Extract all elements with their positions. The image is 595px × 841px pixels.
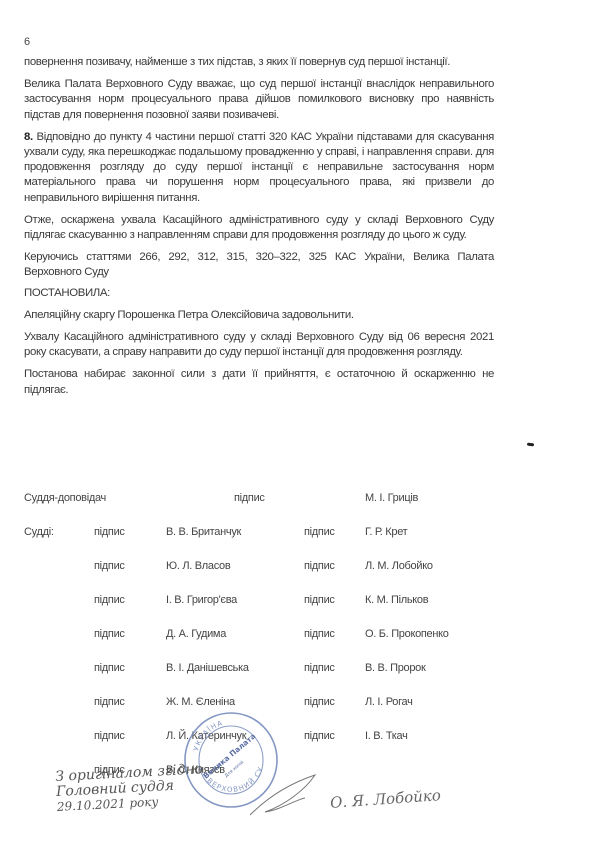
pen-mark bbox=[527, 443, 534, 447]
svg-text:УКРАЇНА: УКРАЇНА bbox=[192, 719, 224, 752]
paragraph-return-grounds: повернення позивачу, найменше з тих підс… bbox=[24, 55, 494, 70]
reporter-role: Суддя-доповідач bbox=[24, 492, 106, 504]
judge-name: Л. І. Рогач bbox=[365, 696, 413, 708]
paragraph-final-effect: Постанова набирає законної сили з дати ї… bbox=[24, 367, 494, 397]
judge-name: Ж. М. Єленіна bbox=[166, 696, 235, 708]
paragraph-8: 8. Відповідно до пункту 4 частини першої… bbox=[24, 130, 494, 206]
stamp-top-text: УКРАЇНА bbox=[192, 719, 224, 752]
judge-name: В. І. Данішевська bbox=[166, 662, 249, 674]
signature-mark: підпис bbox=[304, 594, 335, 606]
judges-label: Судді: bbox=[24, 526, 54, 538]
signature-mark: підпис bbox=[304, 730, 335, 742]
judge-name: В. В. Британчук bbox=[166, 526, 241, 538]
judge-name: Л. М. Лобойко bbox=[365, 560, 433, 572]
paragraph-legal-basis: Керуючись статтями 266, 292, 312, 315, 3… bbox=[24, 250, 494, 280]
signature-mark: підпис bbox=[304, 696, 335, 708]
judge-name: Д. А. Гудима bbox=[166, 628, 226, 640]
document-body: повернення позивачу, найменше з тих підс… bbox=[24, 55, 494, 405]
judge-name: Ю. Л. Власов bbox=[166, 560, 230, 572]
paragraph-appeal-granted: Апеляційну скаргу Порошенка Петра Олексі… bbox=[24, 308, 494, 323]
signature-scribble bbox=[245, 770, 335, 820]
paragraph-ruling-cancelled: Ухвалу Касаційного адміністративного суд… bbox=[24, 330, 494, 360]
judge-name: Г. Р. Крет bbox=[365, 526, 407, 538]
paragraph-8-text: Відповідно до пункту 4 частини першої ст… bbox=[24, 131, 494, 204]
certifier-signature: О. Я. Лобойко bbox=[330, 786, 442, 812]
judge-name: О. Б. Прокопенко bbox=[365, 628, 449, 640]
signature-mark: підпис bbox=[94, 730, 125, 742]
reporter-name: М. І. Гриців bbox=[365, 492, 418, 504]
certification-note: З оригіналом згідно Головний суддя 29.10… bbox=[55, 762, 205, 815]
signature-mark: підпис bbox=[94, 526, 125, 538]
page-number: 6 bbox=[24, 36, 30, 48]
resolution-heading: ПОСТАНОВИЛА: bbox=[24, 286, 494, 301]
signature-mark: підпис bbox=[304, 662, 335, 674]
signature-mark: підпис bbox=[304, 628, 335, 640]
signature-mark: підпис bbox=[94, 628, 125, 640]
reporter-signature: підпис bbox=[234, 492, 265, 504]
judge-name: В. В. Пророк bbox=[365, 662, 426, 674]
signature-mark: підпис bbox=[94, 594, 125, 606]
paragraph-grand-chamber-opinion: Велика Палата Верховного Суду вважає, що… bbox=[24, 77, 494, 123]
judge-name: К. М. Пільков bbox=[365, 594, 428, 606]
paragraph-number: 8. bbox=[24, 131, 33, 143]
judge-name: І. В. Григор'єва bbox=[166, 594, 237, 606]
paragraph-conclusion: Отже, оскаржена ухвала Касаційного адмін… bbox=[24, 213, 494, 243]
signature-mark: підпис bbox=[304, 560, 335, 572]
signature-mark: підпис bbox=[94, 696, 125, 708]
signature-mark: підпис bbox=[94, 560, 125, 572]
signature-mark: підпис bbox=[94, 662, 125, 674]
judge-name: І. В. Ткач bbox=[365, 730, 408, 742]
signature-mark: підпис bbox=[304, 526, 335, 538]
